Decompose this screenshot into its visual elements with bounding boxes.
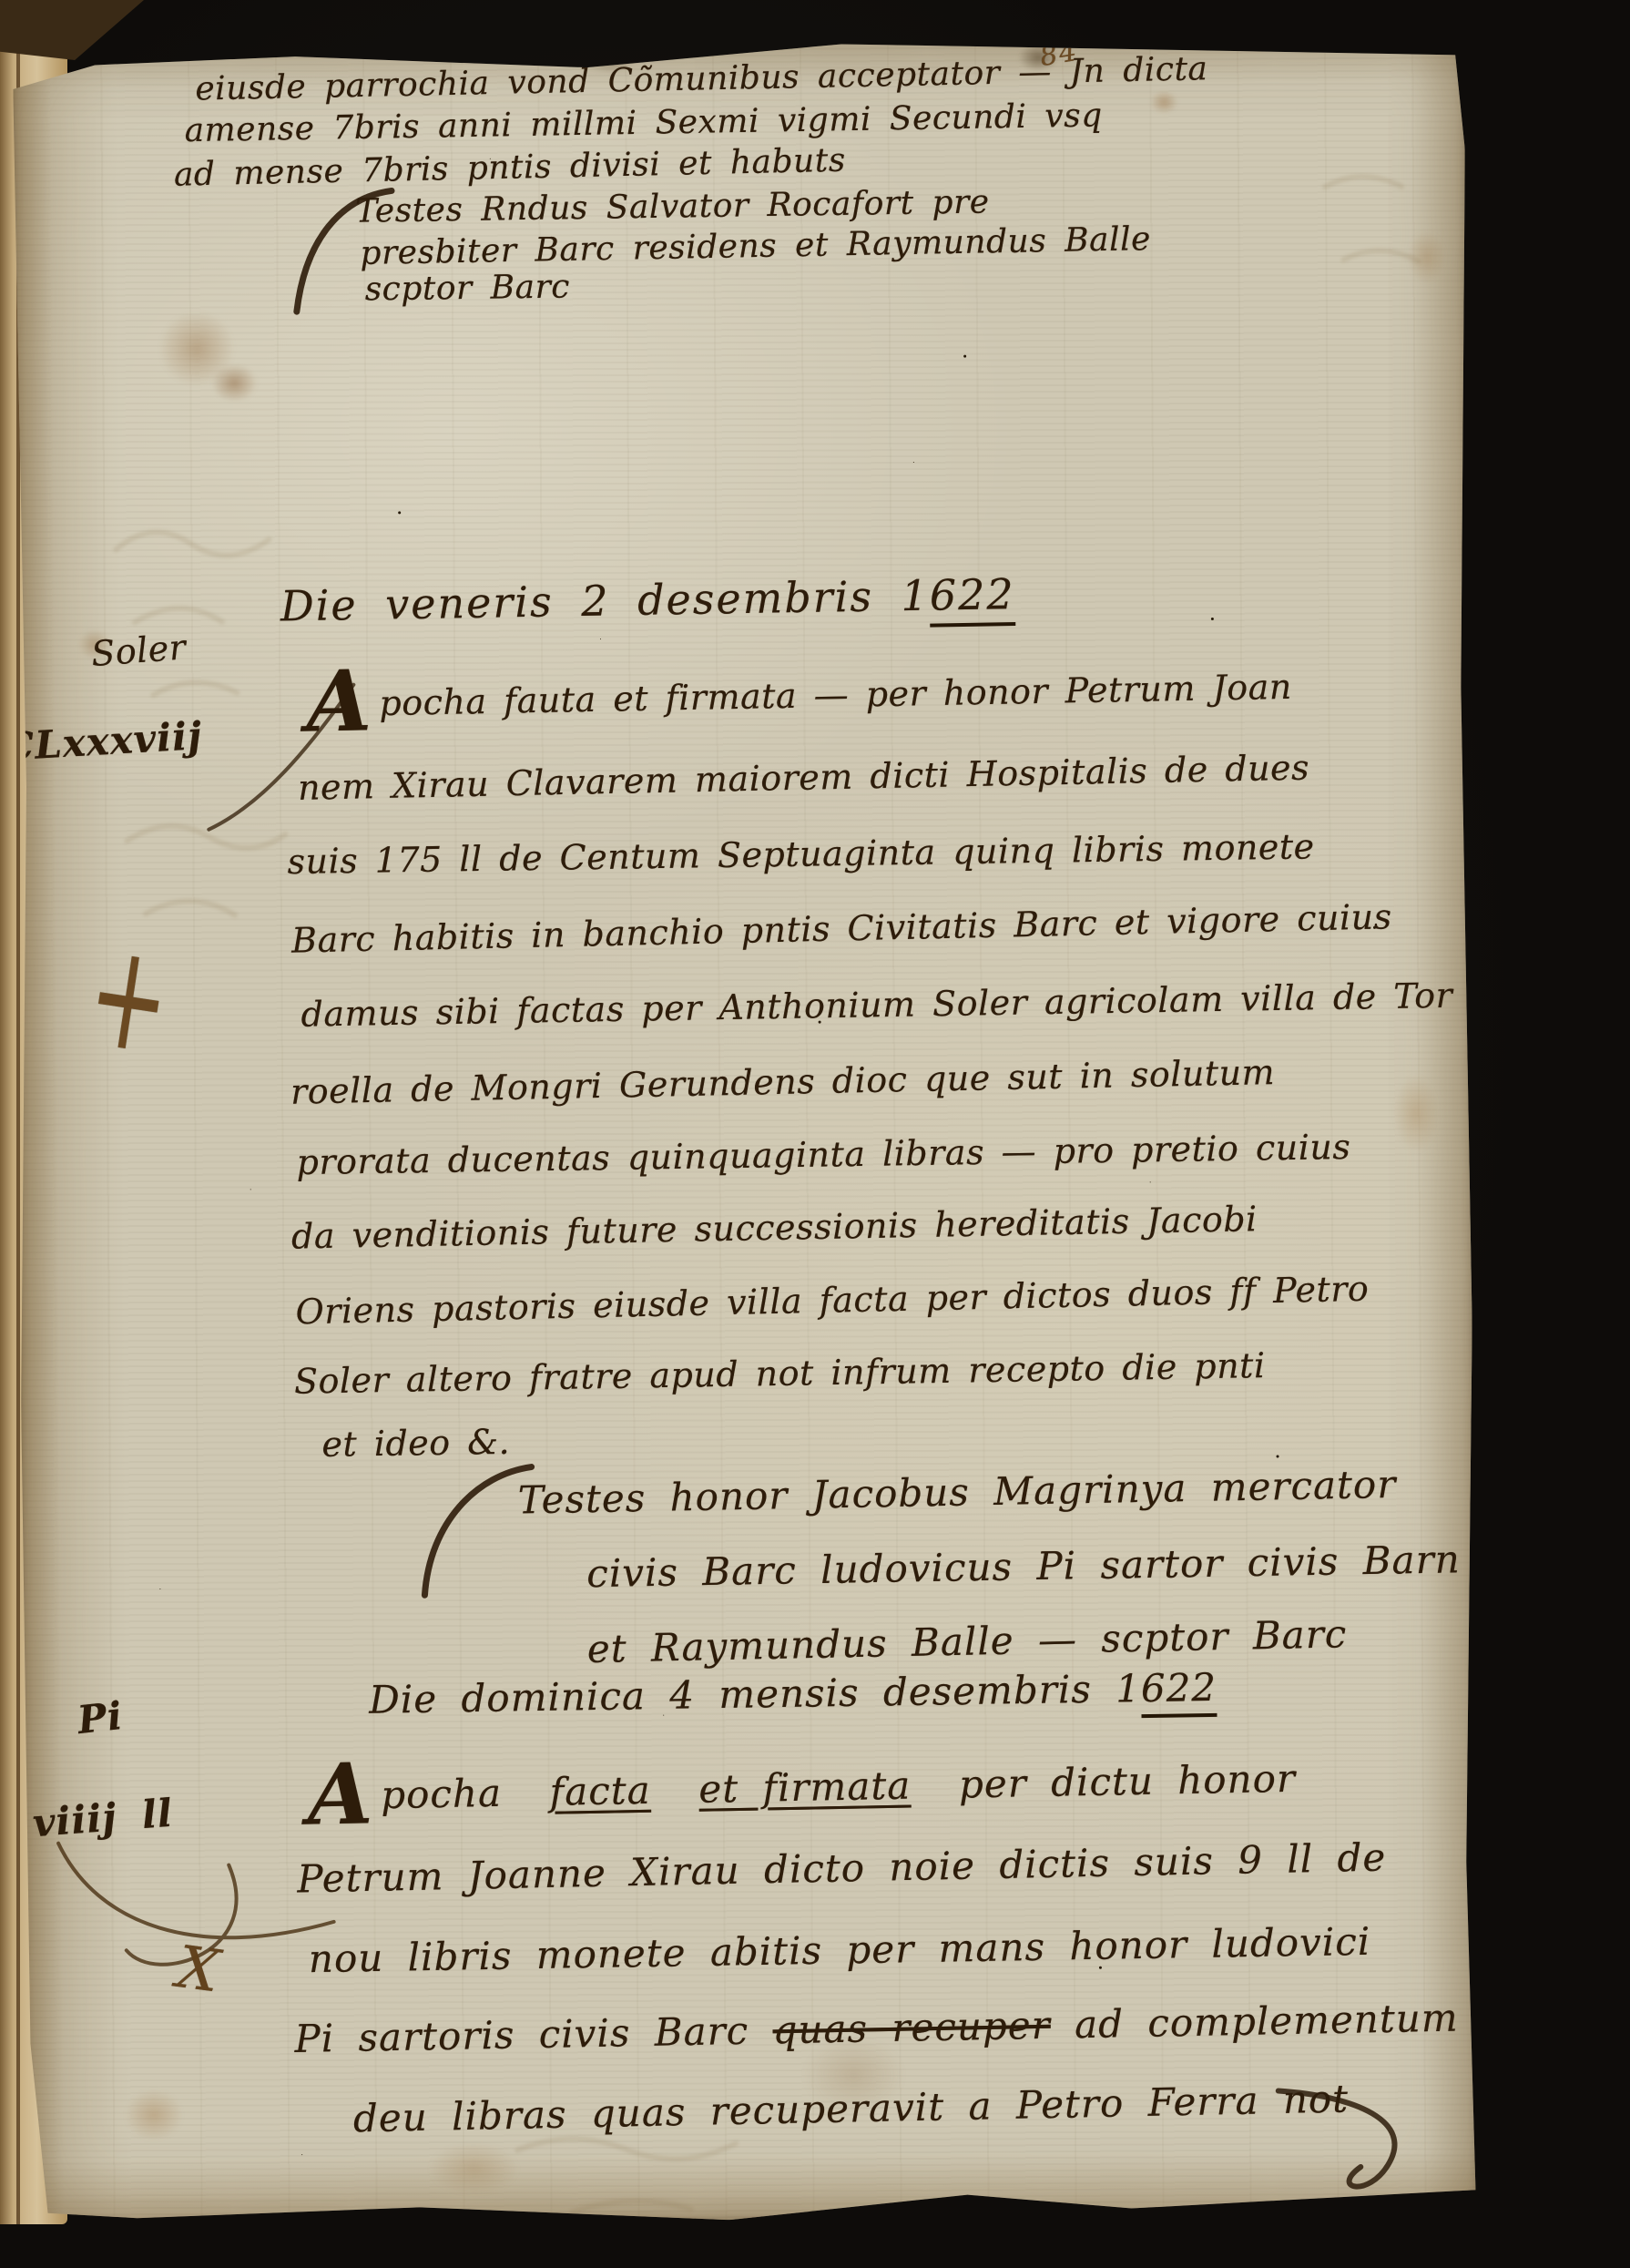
opening-witness-line: presbiter Barc residens et Raymundus Bal… [360,223,1151,271]
entry2-margin-name: Pi [76,1697,125,1740]
entry1-witness-line: et Raymundus Balle — scptor Barc [586,1615,1347,1669]
entry2-struck-text: quas recuper [772,2003,1051,2053]
entry1-witness-line: Testes honor Jacobus Magrinya mercator [517,1466,1396,1520]
stain [1144,86,1184,118]
entry2-body-line: Pi sartoris civis Barc quas recuper ad c… [294,1999,1459,2059]
entry1-body-line: Oriens pastoris eiusde villa facta per d… [295,1272,1369,1330]
opening-witness-line: scptor Barc [364,271,570,306]
margin-cross-mark: + [79,919,179,1076]
stain [408,2130,540,2208]
entry2-body-line: nou libris monete abitis per mans honor … [309,1923,1371,1978]
entry1-body-line: damus sibi factas per Anthonium Soler ag… [301,978,1452,1032]
entry1-date-heading: Die veneris 2 desembris 1622 [280,573,1015,627]
entry2-date-heading: Die dominica 4 mensis desembris 1622 [369,1669,1217,1720]
stain [1383,1057,1450,1170]
entry1-margin-name: Soler [90,629,188,671]
entry2-body-line: Petrum Joanne Xirau dicto noie dictis su… [297,1838,1387,1898]
opening-line: ad mense 7bris pntis divisi et habuts [174,145,847,192]
entry2-body-line: deu libras quas recuperavit a Petro Ferr… [353,2079,1350,2138]
entry1-date-year-underlined: 622 [929,569,1015,628]
stain [112,2078,196,2153]
photo-background: 84 eiusde parrochia vond Cõmunibus accep… [0,0,1630,2268]
entry2-initial: A [307,1744,374,1844]
entry1-body-line: et ideo &. [321,1425,510,1462]
entry1-margin-numeral: CLxxxviij [13,717,203,767]
opening-witness-line: Testes Rndus Salvator Rocafort pre [355,186,990,228]
entry2-date-text: Die dominica 4 mensis desembris 1 [369,1666,1141,1722]
entry1-body-line: suis 175 ll de Centum Septuaginta quinq … [287,829,1315,879]
margin-x-mark: X [174,1938,223,2001]
entry1-body-text: pocha fauta et firmata — per honor Petru… [379,667,1292,723]
entry2-margin-numeral: viiij ll [32,1794,175,1844]
entry2-date-year-underlined: 622 [1141,1665,1217,1718]
entry1-body-line: Soler altero fratre apud not infrum rece… [294,1348,1266,1399]
stain [1398,219,1455,295]
manuscript-page: 84 eiusde parrochia vond Cõmunibus accep… [13,31,1478,2224]
entry1-body-line: nem Xirau Clavarem maiorem dicti Hospita… [298,751,1310,805]
entry1-body-line: roella de Mongri Gerundens dioc que sut … [290,1055,1276,1109]
entry2-body-text: Pi sartoris civis Barc [294,2008,749,2061]
entry1-date-text: Die veneris 2 desembris 1 [280,571,930,631]
entry2-underlined-word: facta [549,1768,651,1814]
entry1-body-line: prorata ducentas quinquaginta libras — p… [296,1129,1350,1180]
entry1-witness-line: civis Barc ludovicus Pi sartor civis Bar… [586,1540,1461,1593]
entry2-word: pocha [381,1771,503,1817]
binding-corner [0,0,144,60]
entry1-initial: A [305,651,372,751]
entry1-body-line: Apocha fauta et firmata — per honor Petr… [306,666,1292,722]
opening-line: amense 7bris anni millmi Sexmi vigmi Sec… [184,99,1103,148]
entry1-body-line: da venditionis future successionis hered… [291,1201,1258,1253]
entry2-body-text: ad complementum [1075,1996,1459,2048]
entry2-underlined-word: et firmata [698,1763,912,1812]
stain [201,355,267,410]
entry2-body-line: Apocha facta et firmata per dictu honor [307,1759,1296,1816]
entry2-body-text: per dictu honor [959,1756,1297,1807]
entry1-body-line: Barc habitis in banchio pntis Civitatis … [291,899,1392,957]
